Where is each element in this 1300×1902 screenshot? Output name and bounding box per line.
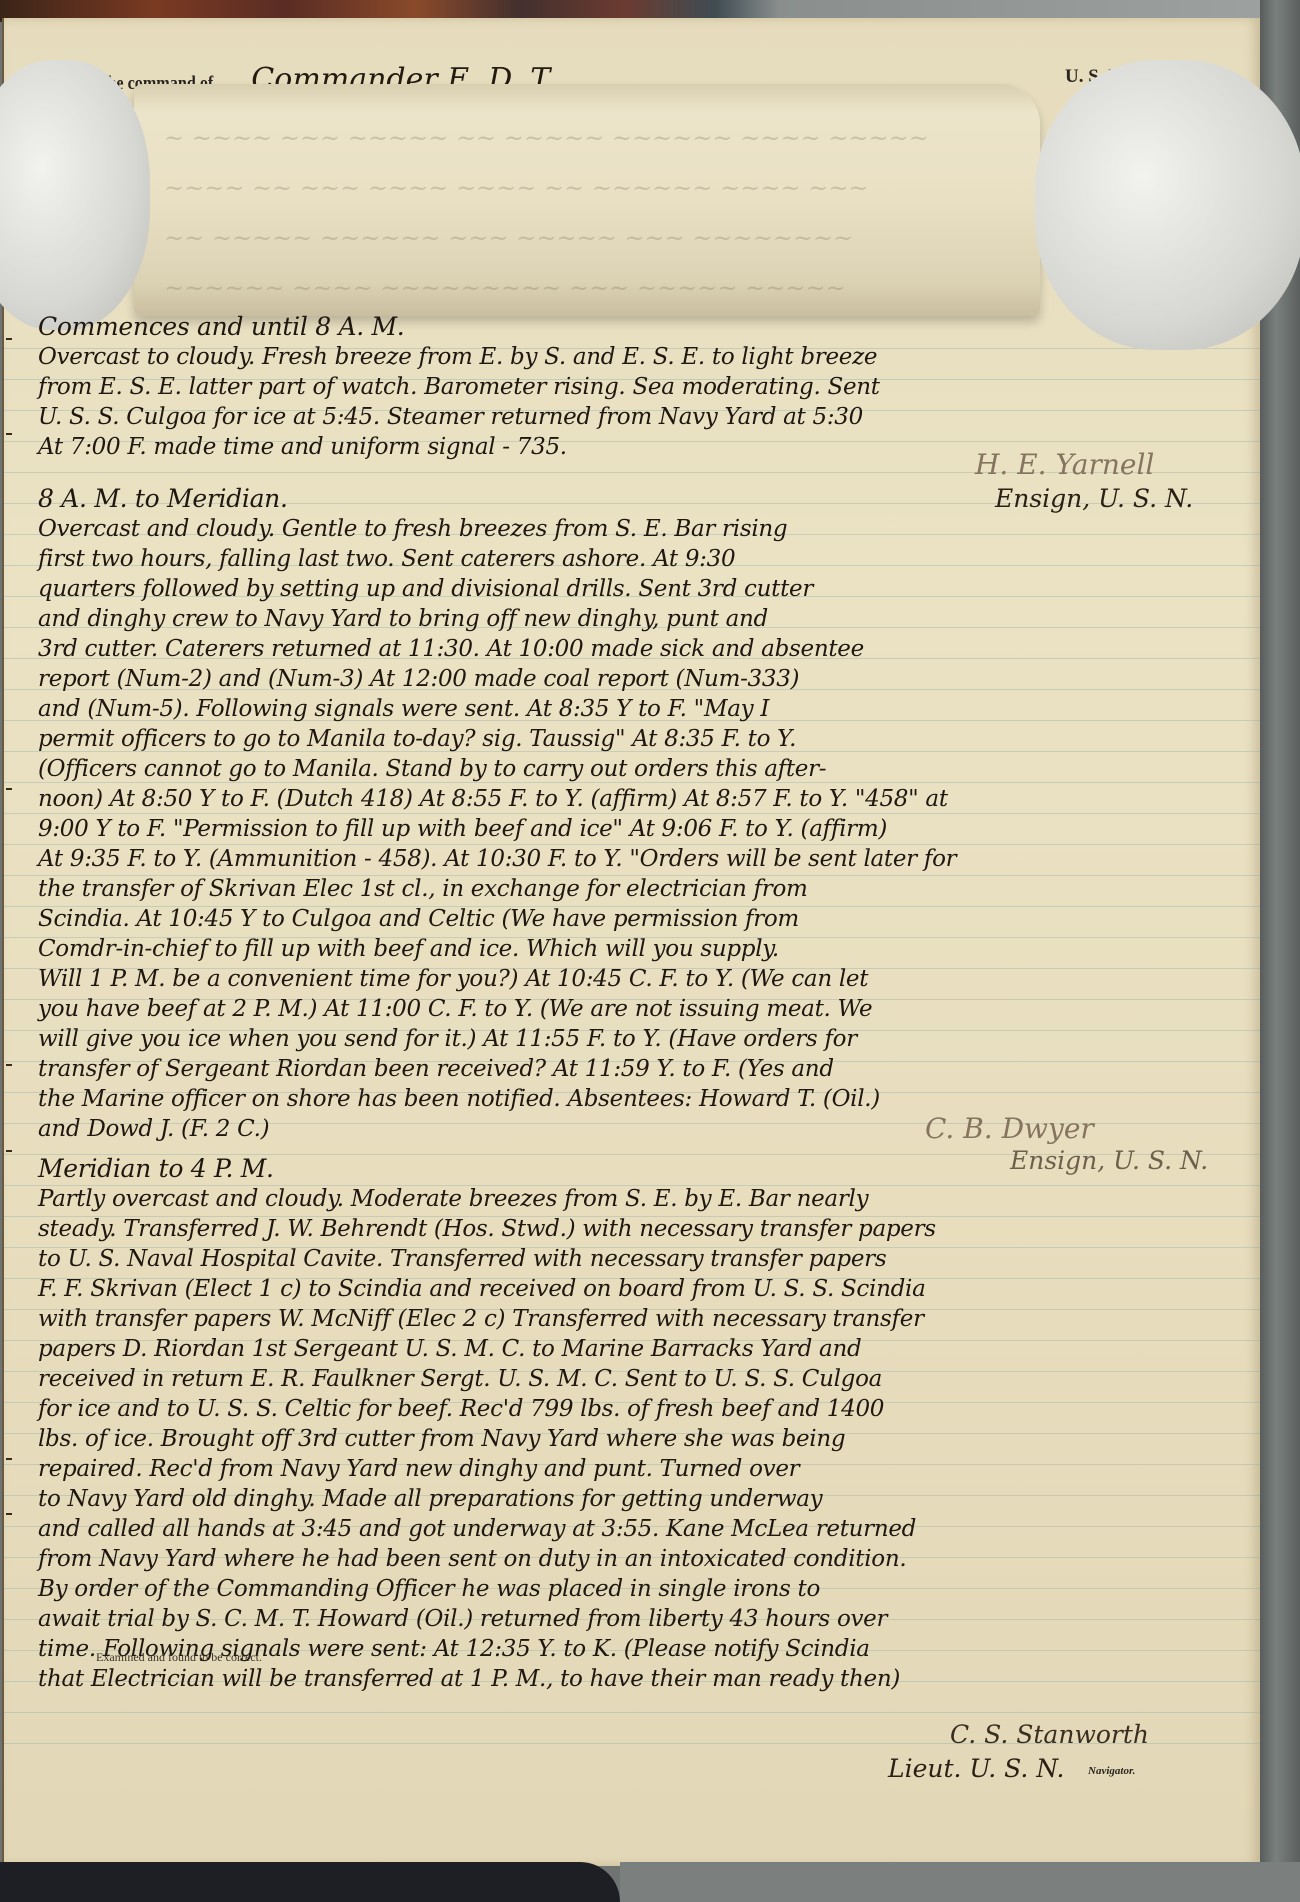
log-line: Overcast and cloudy. Gentle to fresh bre… (38, 514, 1248, 544)
margin-mark (6, 338, 12, 340)
log-line: from Navy Yard where he had been sent on… (38, 1544, 1248, 1574)
watch-heading: 8 A. M. to Meridian. (38, 484, 1248, 514)
log-line: Overcast to cloudy. Fresh breeze from E.… (38, 342, 1248, 372)
log-line: the transfer of Skrivan Elec 1st cl., in… (38, 874, 1248, 904)
log-line: steady. Transferred J. W. Behrendt (Hos.… (38, 1214, 1248, 1244)
log-line: U. S. S. Culgoa for ice at 5:45. Steamer… (38, 402, 1248, 432)
margin-mark (6, 788, 12, 790)
bleed-through-text: ~~~~ ~~ ~~~ ~~~~ ~~~~ ~~ ~~~~~~ ~~~~ ~~~ (164, 174, 1010, 202)
log-line: first two hours, falling last two. Sent … (38, 544, 1248, 574)
log-line: that Electrician will be transferred at … (38, 1664, 1248, 1694)
bleed-through-text: ~~~~~~ ~~~~ ~~~~~~~~~ ~~~ ~~~~~ ~~~~~ (164, 274, 1010, 302)
white-glove-left (0, 60, 150, 330)
log-line: At 9:35 F. to Y. (Ammunition - 458). At … (38, 844, 1248, 874)
navigator-rank: Lieut. U. S. N. (888, 1754, 1064, 1783)
log-line: Comdr-in-chief to fill up with beef and … (38, 934, 1248, 964)
rolled-page: ~ ~~~~ ~~~ ~~~~~ ~~ ~~~~~ ~~~~~~ ~~~~ ~~… (134, 84, 1040, 316)
log-line: Scindia. At 10:45 Y to Culgoa and Celtic… (38, 904, 1248, 934)
log-line: Partly overcast and cloudy. Moderate bre… (38, 1184, 1248, 1214)
log-line: noon) At 8:50 Y to F. (Dutch 418) At 8:5… (38, 784, 1248, 814)
log-line: 3rd cutter. Caterers returned at 11:30. … (38, 634, 1248, 664)
log-line: papers D. Riordan 1st Sergeant U. S. M. … (38, 1334, 1248, 1364)
bleed-through-text: ~ ~~~~ ~~~ ~~~~~ ~~ ~~~~~ ~~~~~~ ~~~~ ~~… (164, 124, 1010, 152)
log-line: (Officers cannot go to Manila. Stand by … (38, 754, 1248, 784)
log-line: the Marine officer on shore has been not… (38, 1084, 1248, 1114)
log-line: 9:00 Y to F. "Permission to fill up with… (38, 814, 1248, 844)
margin-mark (6, 433, 12, 435)
log-line: to Navy Yard old dinghy. Made all prepar… (38, 1484, 1248, 1514)
log-line: lbs. of ice. Brought off 3rd cutter from… (38, 1424, 1248, 1454)
log-line: permit officers to go to Manila to-day? … (38, 724, 1248, 754)
log-line: transfer of Sergeant Riordan been receiv… (38, 1054, 1248, 1084)
log-line: will give you ice when you send for it.)… (38, 1024, 1248, 1054)
log-line: and called all hands at 3:45 and got und… (38, 1514, 1248, 1544)
margin-mark (6, 1150, 12, 1152)
log-line: report (Num-2) and (Num-3) At 12:00 made… (38, 664, 1248, 694)
log-line: F. F. Skrivan (Elect 1 c) to Scindia and… (38, 1274, 1248, 1304)
book-cover-bottom (0, 1862, 620, 1902)
log-line: quarters followed by setting up and divi… (38, 574, 1248, 604)
log-line: and dinghy crew to Navy Yard to bring of… (38, 604, 1248, 634)
log-line: and (Num-5). Following signals were sent… (38, 694, 1248, 724)
log-line: repaired. Rec'd from Navy Yard new dingh… (38, 1454, 1248, 1484)
log-line: to U. S. Naval Hospital Cavite. Transfer… (38, 1244, 1248, 1274)
log-line: await trial by S. C. M. T. Howard (Oil.)… (38, 1604, 1248, 1634)
margin-mark (6, 1458, 12, 1460)
log-line: from E. S. E. latter part of watch. Baro… (38, 372, 1248, 402)
watch-heading: Meridian to 4 P. M. (38, 1154, 1248, 1184)
log-line: Will 1 P. M. be a convenient time for yo… (38, 964, 1248, 994)
officer-signature: C. B. Dwyer (925, 1112, 1094, 1145)
log-line: with transfer papers W. McNiff (Elec 2 c… (38, 1304, 1248, 1334)
log-line: for ice and to U. S. S. Celtic for beef.… (38, 1394, 1248, 1424)
log-line: By order of the Commanding Officer he wa… (38, 1574, 1248, 1604)
officer-signature: H. E. Yarnell (975, 448, 1154, 481)
printed-examined-label: Examined and found to be correct. (96, 1650, 262, 1665)
log-line: received in return E. R. Faulkner Sergt.… (38, 1364, 1248, 1394)
margin-mark (6, 1513, 12, 1515)
printed-navigator-label: Navigator. (1088, 1765, 1135, 1777)
navigator-signature: C. S. Stanworth (950, 1720, 1149, 1749)
watch-heading: Commences and until 8 A. M. (38, 312, 1248, 342)
bleed-through-text: ~~ ~~~~~ ~~~~~~ ~~~ ~~~~~ ~~~ ~~~~~~~~ (164, 224, 1010, 252)
margin-mark (6, 1064, 12, 1066)
background-bottom (620, 1862, 1300, 1902)
white-glove-right (1035, 60, 1300, 350)
log-line: you have beef at 2 P. M.) At 11:00 C. F.… (38, 994, 1248, 1024)
